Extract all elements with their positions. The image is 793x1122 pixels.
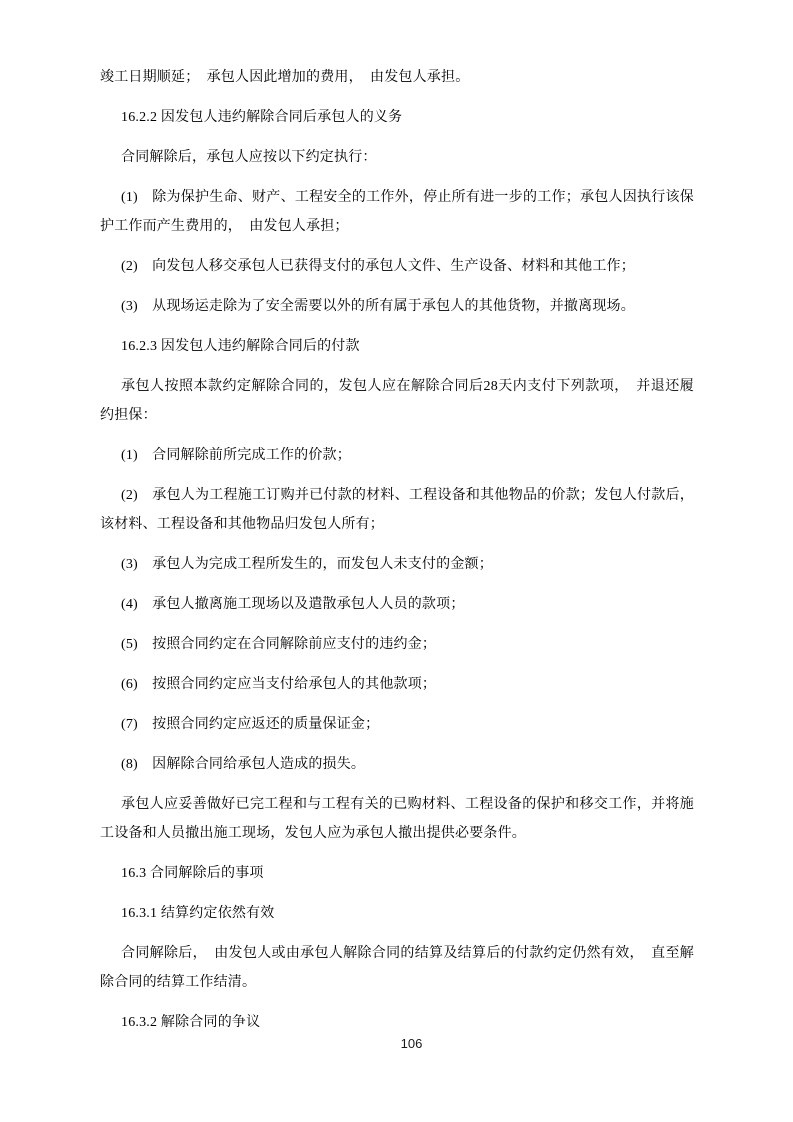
document-page: 竣工日期顺延； 承包人因此增加的费用， 由发包人承担。 16.2.2 因发包人违… [0,0,793,1122]
list-item-4-payment: (4) 承包人撤离施工现场以及遣散承包人人员的款项； [100,590,694,619]
list-item-7-payment: (7) 按照合同约定应返还的质量保证金； [100,710,694,739]
list-item-2-payment: (2) 承包人为工程施工订购并已付款的材料、工程设备和其他物品的价款；发包人付款… [100,481,694,539]
list-item-5-payment: (5) 按照合同约定在合同解除前应支付的违约金； [100,630,694,659]
heading-16-2-3: 16.2.3 因发包人违约解除合同后的付款 [100,332,694,361]
page-footer: 106 [0,1036,793,1051]
paragraph-handover-duty: 承包人应妥善做好已完工程和与工程有关的已购材料、工程设备的保护和移交工作，并将施… [100,790,694,848]
heading-16-3: 16.3 合同解除后的事项 [100,859,694,888]
heading-16-3-2: 16.3.2 解除合同的争议 [100,1008,694,1037]
paragraph-obligations-intro: 合同解除后，承包人应按以下约定执行： [100,143,694,172]
heading-16-3-1: 16.3.1 结算约定依然有效 [100,899,694,928]
list-item-1-obligations: (1) 除为保护生命、财产、工程安全的工作外，停止所有进一步的工作；承包人因执行… [100,183,694,241]
list-item-1-payment: (1) 合同解除前所完成工作的价款； [100,441,694,470]
page-body: 竣工日期顺延； 承包人因此增加的费用， 由发包人承担。 16.2.2 因发包人违… [100,63,694,1048]
list-item-6-payment: (6) 按照合同约定应当支付给承包人的其他款项； [100,670,694,699]
list-item-3-payment: (3) 承包人为完成工程所发生的，而发包人未支付的金额； [100,550,694,579]
heading-16-2-2: 16.2.2 因发包人违约解除合同后承包人的义务 [100,103,694,132]
runover-paragraph: 竣工日期顺延； 承包人因此增加的费用， 由发包人承担。 [100,63,694,92]
page-number: 106 [401,1036,423,1051]
paragraph-settlement-validity: 合同解除后， 由发包人或由承包人解除合同的结算及结算后的付款约定仍然有效， 直至… [100,939,694,997]
list-item-2-obligations: (2) 向发包人移交承包人已获得支付的承包人文件、生产设备、材料和其他工作； [100,252,694,281]
paragraph-payment-intro: 承包人按照本款约定解除合同的，发包人应在解除合同后28天内支付下列款项， 并退还… [100,372,694,430]
list-item-3-obligations: (3) 从现场运走除为了安全需要以外的所有属于承包人的其他货物，并撤离现场。 [100,292,694,321]
list-item-8-payment: (8) 因解除合同给承包人造成的损失。 [100,750,694,779]
